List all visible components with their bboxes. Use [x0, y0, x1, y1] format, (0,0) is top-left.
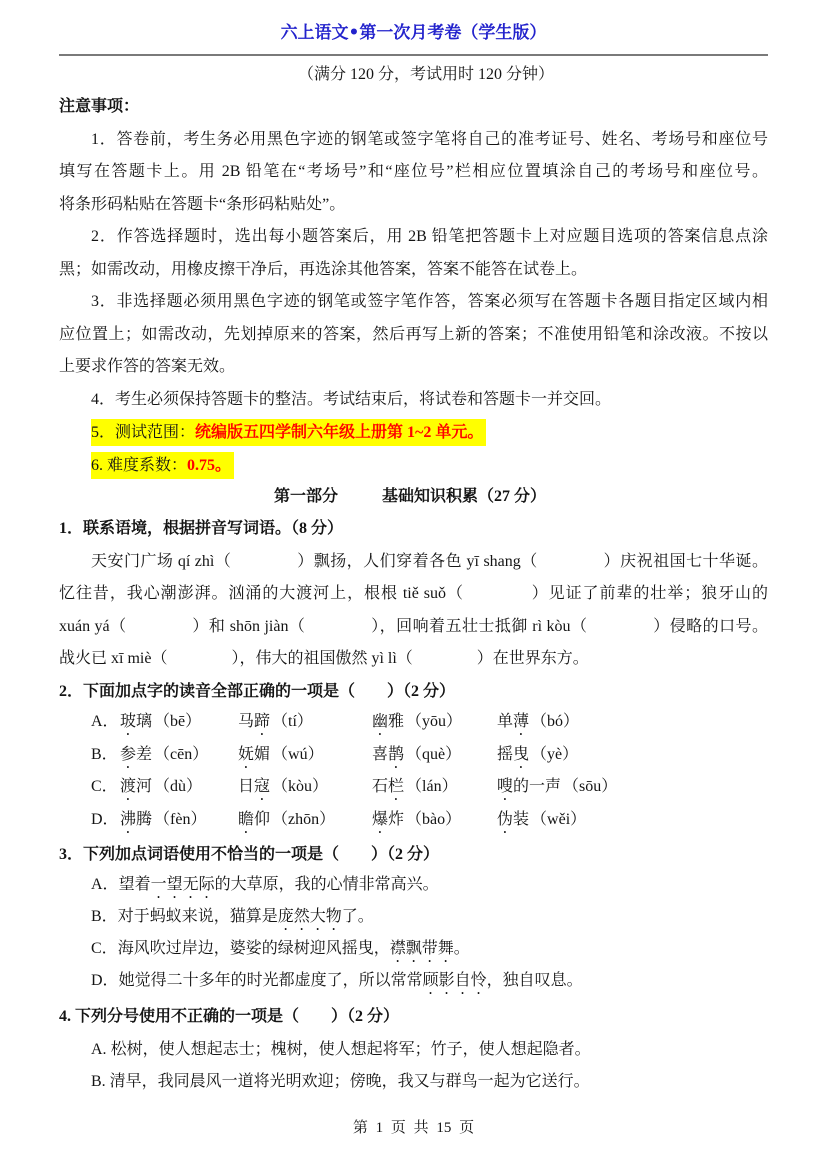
difficulty-label: 6. 难度系数： — [91, 457, 187, 474]
option-word: 马蹄（tí） — [238, 706, 313, 739]
dotted-char: 蹄 — [254, 713, 270, 730]
option-text: 松树，使人想起志士；槐树，使人想起将军；竹子，使人想起隐者。 — [107, 1041, 591, 1058]
page-number: 第 1 页 共 15 页 — [0, 1112, 827, 1144]
question-3-option-a: A．望着一望无际的大草原，我的心情非常高兴。 — [91, 869, 439, 901]
dotted-char: 爆 — [372, 811, 388, 828]
difficulty-value: 0.75。 — [187, 457, 231, 474]
notice-line: 填写在答题卡上。用 2B 铅笔在“考场号”和“座位号”栏相应位置填涂自己的考场号… — [59, 156, 768, 188]
notice-difficulty: 6. 难度系数：0.75。 — [91, 449, 234, 481]
option-label: A． — [91, 876, 119, 893]
word-text: 摇 — [497, 746, 513, 763]
exam-subtitle: （满分 120 分，考试用时 120 分钟） — [298, 59, 554, 91]
word-text: 马 — [238, 713, 254, 730]
dotted-char: 嗖 — [497, 778, 513, 795]
dotted-char: 鹊 — [388, 746, 404, 763]
option-label: C． — [91, 940, 118, 957]
option-label: D． — [91, 972, 119, 989]
pinyin: （zhōn） — [272, 811, 335, 828]
question-4-option-a: A. 松树，使人想起志士；槐树，使人想起将军；竹子，使人想起隐者。 — [91, 1034, 591, 1066]
notice-heading: 注意事项： — [59, 91, 139, 123]
pinyin: （bē） — [154, 713, 201, 730]
question-1-line: 天安门广场 qí zhì（ ）飘扬，人们穿着各色 yī shang（ ）庆祝祖国… — [91, 546, 768, 578]
dotted-word: 顾影自怜 — [423, 972, 487, 989]
sentence-text: 海风吹过岸边，婆娑的绿树迎风摇曳， — [118, 940, 390, 957]
pinyin: （què） — [406, 746, 461, 763]
notice-line: 1．答卷前，考生务必用黑色字迹的钢笔或签字笔将自己的准考证号、姓名、考场号和座位… — [91, 124, 768, 156]
question-2-option-a: A． 玻璃（bē） 马蹄（tí） 幽雅（yōu） 单薄（bó） — [0, 706, 827, 738]
question-3-option-d: D．她觉得二十多年的时光都虚度了，所以常常顾影自怜，独自叹息。 — [91, 965, 583, 997]
question-2-option-d: D． 沸腾（fèn） 瞻仰（zhōn） 爆炸（bào） 伪装（wěi） — [0, 804, 827, 836]
notice-line: 3．非选择题必须用黑色字迹的钢笔或签字笔作答，答案必须写在答题卡各题目指定区域内… — [91, 286, 768, 318]
option-word: 石栏（lán） — [372, 771, 458, 804]
word-text: 装 — [513, 811, 529, 828]
option-word: 参差（cēn） — [120, 739, 208, 772]
pinyin: （yōu） — [406, 713, 462, 730]
word-text: 喜 — [372, 746, 388, 763]
question-1-line: 战火已 xī miè（ ），伟大的祖国傲然 yì lì（ ）在世界东方。 — [59, 643, 589, 675]
pinyin: （dù） — [154, 778, 202, 795]
exam-title: 六上语文•第一次月考卷（学生版） — [0, 17, 827, 49]
notice-line: 应位置上；如需改动，先划掉原来的答案，然后再写上新的答案；不准使用铅笔和涂改液。… — [59, 319, 768, 351]
option-label: B. — [91, 1073, 106, 1090]
test-scope-value: 统编版五四学制六年级上册第 1~2 单元。 — [195, 424, 483, 441]
part-title: 基础知识积累（27 分） — [382, 481, 546, 513]
sentence-text: 。 — [454, 940, 470, 957]
dotted-char: 薄 — [513, 713, 529, 730]
dotted-char: 幽 — [372, 713, 388, 730]
notice-line: 上要求作答的答案无效。 — [59, 351, 235, 383]
question-2-heading: 2．下面加点字的读音全部正确的一项是（ ）（2 分） — [59, 676, 455, 708]
highlight-test-scope: 5．测试范围：统编版五四学制六年级上册第 1~2 单元。 — [91, 419, 486, 446]
word-text: 石 — [372, 778, 388, 795]
option-word: 幽雅（yōu） — [372, 706, 462, 739]
pinyin: （sōu） — [563, 778, 617, 795]
option-label: D． — [91, 804, 119, 836]
option-label: C． — [91, 771, 118, 803]
header-divider — [59, 54, 768, 56]
sentence-text: 望着 — [119, 876, 151, 893]
option-word: 妩媚（wú） — [238, 739, 324, 772]
dotted-word: 襟飘带舞 — [390, 940, 454, 957]
question-3-heading: 3．下列加点词语使用不恰当的一项是（ ）（2 分） — [59, 839, 439, 871]
part-label: 第一部分 — [274, 481, 338, 513]
option-word: 单薄（bó） — [497, 706, 579, 739]
word-text: 媚 — [254, 746, 270, 763]
option-label: A. — [91, 1041, 107, 1058]
dotted-char: 沸 — [120, 811, 136, 828]
word-text: 仰 — [254, 811, 270, 828]
word-text: 河 — [136, 778, 152, 795]
option-word: 伪装（wěi） — [497, 804, 586, 837]
notice-test-scope: 5．测试范围：统编版五四学制六年级上册第 1~2 单元。 — [91, 416, 486, 448]
pinyin: （tí） — [272, 713, 313, 730]
pinyin: （fèn） — [154, 811, 206, 828]
exam-page: 六上语文•第一次月考卷（学生版） （满分 120 分，考试用时 120 分钟） … — [0, 0, 827, 1169]
option-text: 清早，我同晨风一道将光明欢迎；傍晚，我又与群鸟一起为它送行。 — [106, 1073, 590, 1090]
question-2-option-b: B． 参差（cēn） 妩媚（wú） 喜鹊（què） 摇曳（yè） — [0, 739, 827, 771]
question-1-line: xuán yá（ ）和 shōn jiàn（ ），回响着五壮士抵御 rì kòu… — [59, 611, 768, 643]
option-word: 渡河（dù） — [120, 771, 202, 804]
dotted-char: 参 — [120, 746, 136, 763]
word-text: 单 — [497, 713, 513, 730]
dotted-char: 栏 — [388, 778, 404, 795]
dotted-word: 一望无际 — [151, 876, 215, 893]
dotted-word: 庞然大物 — [278, 908, 342, 925]
sentence-text: 对于蚂蚁来说，猫算是 — [118, 908, 278, 925]
word-text: 雅 — [388, 713, 404, 730]
pinyin: （bào） — [406, 811, 461, 828]
dotted-char: 伪 — [497, 811, 513, 828]
pinyin: （kòu） — [272, 778, 328, 795]
option-word: 嗖的一声（sōu） — [497, 771, 617, 804]
test-scope-label: 5．测试范围： — [91, 424, 195, 441]
option-label: A． — [91, 706, 119, 738]
word-text: 的一声 — [513, 778, 561, 795]
dotted-char: 瞻 — [238, 811, 254, 828]
question-4-option-b: B. 清早，我同晨风一道将光明欢迎；傍晚，我又与群鸟一起为它送行。 — [91, 1066, 590, 1098]
pinyin: （lán） — [406, 778, 458, 795]
word-text: 日 — [238, 778, 254, 795]
notice-line: 将条形码粘贴在答题卡“条形码粘贴处”。 — [59, 189, 345, 221]
dotted-char: 妩 — [238, 746, 254, 763]
dotted-char: 玻 — [120, 713, 136, 730]
word-text: 璃 — [136, 713, 152, 730]
notice-line: 2．作答选择题时，选出每小题答案后，用 2B 铅笔把答题卡上对应题目选项的答案信… — [91, 221, 768, 253]
option-word: 日寇（kòu） — [238, 771, 328, 804]
question-4-heading: 4. 下列分号使用不正确的一项是（ ）（2 分） — [59, 1001, 399, 1033]
dotted-char: 寇 — [254, 778, 270, 795]
pinyin: （wěi） — [531, 811, 586, 828]
option-word: 沸腾（fèn） — [120, 804, 206, 837]
option-word: 摇曳（yè） — [497, 739, 578, 772]
question-1-heading: 1．联系语境，根据拼音写词语。（8 分） — [59, 513, 343, 545]
option-label: B． — [91, 908, 118, 925]
pinyin: （bó） — [531, 713, 579, 730]
notice-line: 黑；如需改动，用橡皮擦干净后，再选涂其他答案，答案不能答在试卷上。 — [59, 254, 587, 286]
sentence-text: 了。 — [342, 908, 374, 925]
dotted-char: 渡 — [120, 778, 136, 795]
question-1-line: 忆往昔，我心潮澎湃。汹涌的大渡河上，根根 tiě suǒ（ ）见证了前辈的壮举；… — [59, 578, 768, 610]
word-text: 腾 — [136, 811, 152, 828]
sentence-text: ，独自叹息。 — [487, 972, 583, 989]
option-word: 爆炸（bào） — [372, 804, 461, 837]
pinyin: （yè） — [531, 746, 578, 763]
notice-line: 4．考生必须保持答题卡的整洁。考试结束后，将试卷和答题卡一并交回。 — [91, 384, 611, 416]
pinyin: （cēn） — [154, 746, 208, 763]
option-word: 喜鹊（què） — [372, 739, 461, 772]
question-2-option-c: C． 渡河（dù） 日寇（kòu） 石栏（lán） 嗖的一声（sōu） — [0, 771, 827, 803]
sentence-text: 的大草原，我的心情非常高兴。 — [215, 876, 439, 893]
word-text: 炸 — [388, 811, 404, 828]
option-label: B． — [91, 739, 118, 771]
highlight-difficulty: 6. 难度系数：0.75。 — [91, 452, 234, 479]
question-3-option-b: B．对于蚂蚁来说，猫算是庞然大物了。 — [91, 901, 374, 933]
question-3-option-c: C．海风吹过岸边，婆娑的绿树迎风摇曳，襟飘带舞。 — [91, 933, 470, 965]
option-word: 瞻仰（zhōn） — [238, 804, 335, 837]
pinyin: （wú） — [272, 746, 324, 763]
option-word: 玻璃（bē） — [120, 706, 201, 739]
dotted-char: 曳 — [513, 746, 529, 763]
sentence-text: 她觉得二十多年的时光都虚度了，所以常常 — [119, 972, 423, 989]
word-text: 差 — [136, 746, 152, 763]
